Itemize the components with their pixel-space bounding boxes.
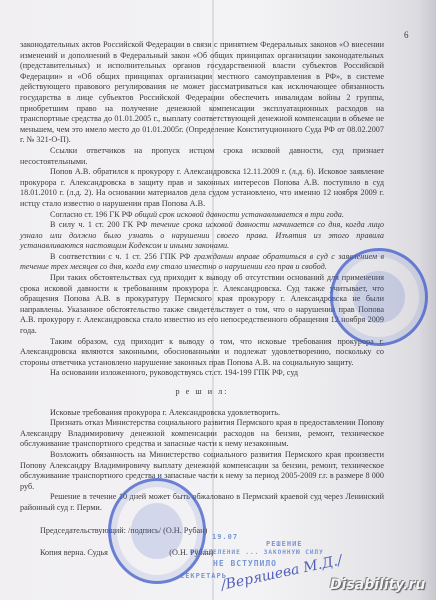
- watermark: Disability.ru: [330, 577, 425, 593]
- citation-lead: В соответствии с ч. 1 ст. 256 ГПК РФ: [50, 252, 194, 261]
- stamp-line: РЕШЕНИЕ: [266, 540, 303, 548]
- decision-item: Возложить обязанность на Министерство со…: [20, 450, 384, 492]
- paragraph: При таких обстоятельствах суд приходит к…: [20, 273, 384, 337]
- paragraph: Таким образом, суд приходит к выводу о т…: [20, 337, 384, 369]
- paragraph: законодательных актов Российской Федерац…: [20, 40, 384, 146]
- coat-of-arms-icon: [131, 503, 183, 559]
- court-stamp-right: [330, 248, 428, 346]
- citation-lead: Согласно ст. 196 ГК РФ: [50, 210, 135, 219]
- paragraph: Ссылки ответчиков на пропуск истцом срок…: [20, 146, 384, 167]
- document-page: 6 законодательных актов Российской Федер…: [0, 0, 436, 600]
- court-seal-stamp: [108, 478, 206, 584]
- paragraph: На основании изложенного, руководствуясь…: [20, 368, 384, 379]
- paragraph-citation: В соответствии с ч. 1 ст. 256 ГПК РФ гра…: [20, 252, 384, 273]
- paragraph-citation: Согласно ст. 196 ГК РФ общий срок исково…: [20, 210, 384, 221]
- stamp-date: 19.07: [212, 533, 238, 541]
- decision-item: Исковые требования прокурора г. Александ…: [20, 408, 384, 419]
- stamp-status: НЕ ВСТУПИЛО: [213, 559, 277, 568]
- page-number: 6: [404, 30, 409, 40]
- decision-heading: р е ш и л:: [20, 387, 384, 398]
- stamp-line: ОПРЕДЕЛЕНИЕ ... ЗАКОННУЮ СИЛУ: [190, 549, 324, 556]
- paragraph: Попов А.В. обратился к прокурору г. Алек…: [20, 167, 384, 209]
- citation-lead: В силу ч. 1 ст. 200 ГК РФ: [50, 220, 151, 229]
- decision-item: Признать отказ Министерства социального …: [20, 418, 384, 450]
- stamp-emblem: [353, 271, 405, 323]
- paragraph-citation: В силу ч. 1 ст. 200 ГК РФ течение срока …: [20, 220, 384, 252]
- citation-quote: общий срок исковой давности устанавливае…: [135, 210, 344, 219]
